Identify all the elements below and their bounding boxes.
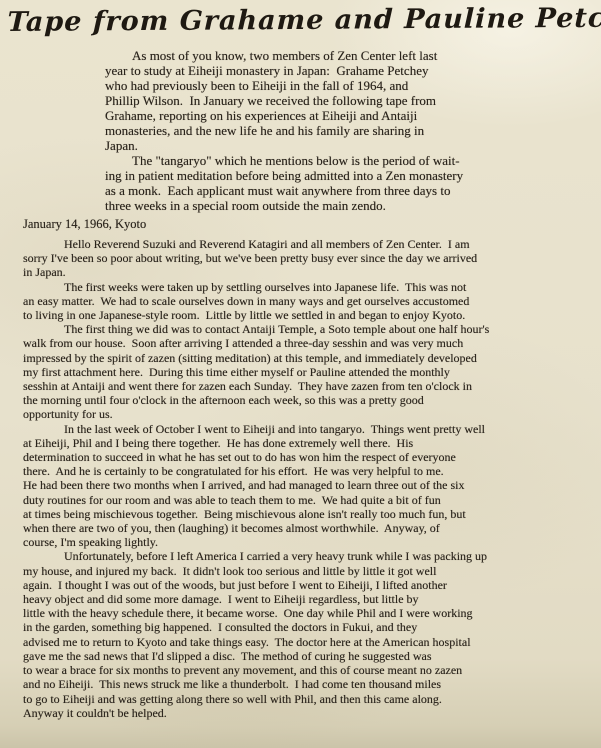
text-line: to living in one Japanese-style room. Li… bbox=[23, 308, 581, 322]
text-line: three weeks in a special room outside th… bbox=[105, 198, 497, 213]
text-line: in Japan. bbox=[23, 265, 581, 279]
intro-paragraph: As most of you know, two members of Zen … bbox=[105, 48, 497, 153]
letter-paragraph: The first thing we did was to contact An… bbox=[23, 322, 581, 421]
text-line: little with the heavy schedule there, it… bbox=[23, 606, 581, 620]
text-line: heavy object and did some more damage. I… bbox=[23, 592, 581, 606]
text-line: my house, and injured my back. It didn't… bbox=[23, 564, 581, 578]
text-line: duty routines for our room and was able … bbox=[23, 493, 581, 507]
text-line: sorry I've been so poor about writing, b… bbox=[23, 251, 581, 265]
text-line: year to study at Eiheiji monastery in Ja… bbox=[105, 63, 497, 78]
text-line: In the last week of October I went to Ei… bbox=[23, 422, 581, 436]
text-line: Hello Reverend Suzuki and Reverend Katag… bbox=[23, 237, 581, 251]
letter-body: Hello Reverend Suzuki and Reverend Katag… bbox=[23, 237, 581, 720]
text-line: walk from our house. Soon after arriving… bbox=[23, 336, 581, 350]
text-line: to go to Eiheiji and was getting along t… bbox=[23, 692, 581, 706]
text-line: opportunity for us. bbox=[23, 407, 581, 421]
text-line: as a monk. Each applicant must wait anyw… bbox=[105, 183, 497, 198]
text-line: monasteries, and the new life he and his… bbox=[105, 123, 497, 138]
text-line: As most of you know, two members of Zen … bbox=[105, 48, 497, 63]
dateline: January 14, 1966, Kyoto bbox=[23, 217, 601, 231]
text-line: at times being mischievous together. Bei… bbox=[23, 507, 581, 521]
text-line: in the garden, something big happened. I… bbox=[23, 620, 581, 634]
text-line: Anyway it couldn't be helped. bbox=[23, 706, 581, 720]
text-line: who had previously been to Eiheiji in th… bbox=[105, 78, 497, 93]
text-line: Unfortunately, before I left America I c… bbox=[23, 549, 581, 563]
text-line: my first attachment here. During this ti… bbox=[23, 365, 581, 379]
text-line: Grahame, reporting on his experiences at… bbox=[105, 108, 497, 123]
scanned-letter-page: Tape from Grahame and Pauline Petchey As… bbox=[0, 0, 601, 748]
text-line: The "tangaryo" which he mentions below i… bbox=[105, 153, 497, 168]
page-title: Tape from Grahame and Pauline Petchey bbox=[0, 0, 601, 38]
text-line: again. I thought I was out of the woods,… bbox=[23, 578, 581, 592]
text-line: an easy matter. We had to scale ourselve… bbox=[23, 294, 581, 308]
intro-paragraph: The "tangaryo" which he mentions below i… bbox=[105, 153, 497, 213]
text-line: The first weeks were taken up by settlin… bbox=[23, 280, 581, 294]
text-line: Phillip Wilson. In January we received t… bbox=[105, 93, 497, 108]
text-line: course, I'm speaking lightly. bbox=[23, 535, 581, 549]
intro-block: As most of you know, two members of Zen … bbox=[105, 48, 497, 213]
letter-paragraph: Unfortunately, before I left America I c… bbox=[23, 549, 581, 719]
text-line: He had been there two months when I arri… bbox=[23, 478, 581, 492]
text-line: at Eiheiji, Phil and I being there toget… bbox=[23, 436, 581, 450]
letter-paragraph: The first weeks were taken up by settlin… bbox=[23, 280, 581, 323]
letter-paragraph: In the last week of October I went to Ei… bbox=[23, 422, 581, 550]
text-line: there. And he is certainly to be congrat… bbox=[23, 464, 581, 478]
text-line: to wear a brace for six months to preven… bbox=[23, 663, 581, 677]
text-line: advised me to return to Kyoto and take t… bbox=[23, 635, 581, 649]
text-line: the morning until four o'clock in the af… bbox=[23, 393, 581, 407]
text-line: and no Eiheiji. This news struck me like… bbox=[23, 677, 581, 691]
text-line: gave me the sad news that I'd slipped a … bbox=[23, 649, 581, 663]
text-line: The first thing we did was to contact An… bbox=[23, 322, 581, 336]
letter-paragraph: Hello Reverend Suzuki and Reverend Katag… bbox=[23, 237, 581, 280]
text-line: when there are two of you, then (laughin… bbox=[23, 521, 581, 535]
text-line: determination to succeed in what he has … bbox=[23, 450, 581, 464]
text-line: sesshin at Antaiji and went there for za… bbox=[23, 379, 581, 393]
text-line: ing in patient meditation before being a… bbox=[105, 168, 497, 183]
text-line: impressed by the spirit of zazen (sittin… bbox=[23, 351, 581, 365]
text-line: Japan. bbox=[105, 138, 497, 153]
